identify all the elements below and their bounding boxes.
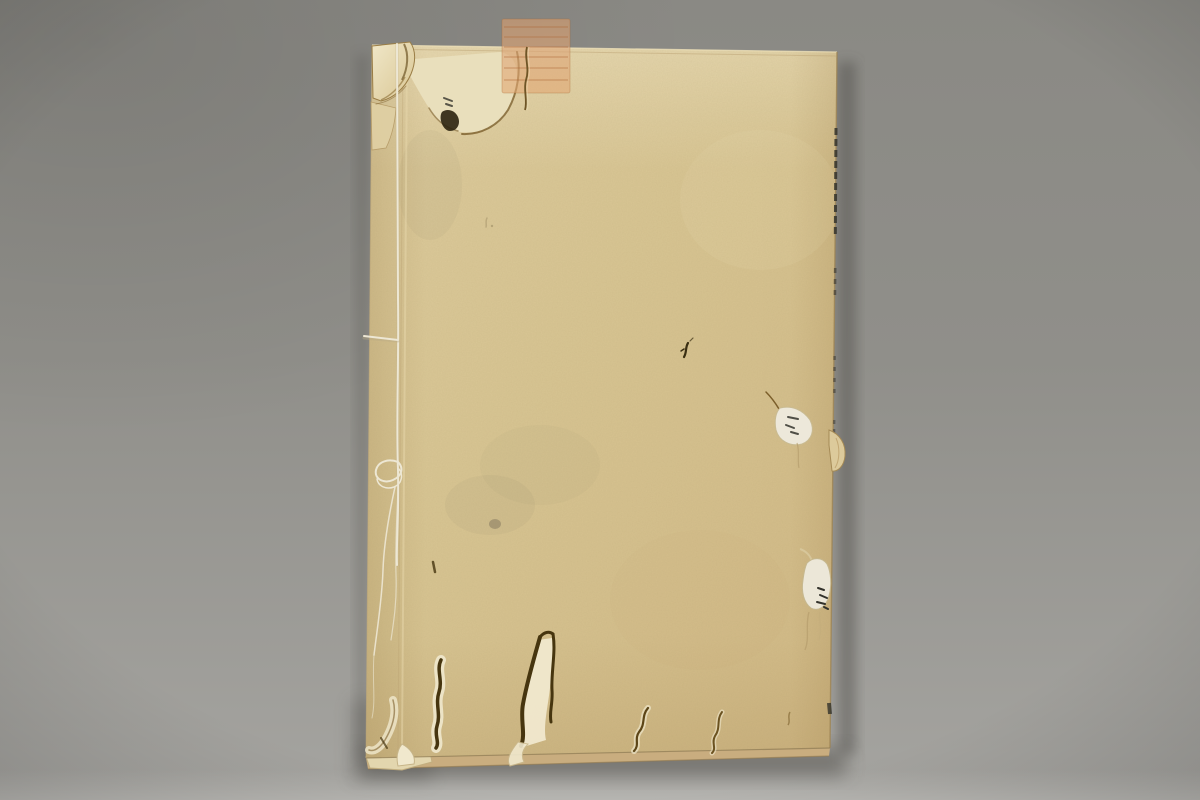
tape-strip: [502, 19, 570, 93]
edge-dark-dash-bottom: [829, 703, 830, 714]
tape-over-backdrop: [502, 19, 570, 45]
cover-grain: [360, 38, 844, 764]
book-shadow-left: [356, 55, 368, 755]
photo-frame: [0, 0, 1200, 800]
faint-mark-dot: [491, 225, 493, 227]
book-photograph: [0, 0, 1200, 800]
book-shadow-right: [838, 62, 856, 754]
faint-mark-stroke: [486, 218, 487, 227]
